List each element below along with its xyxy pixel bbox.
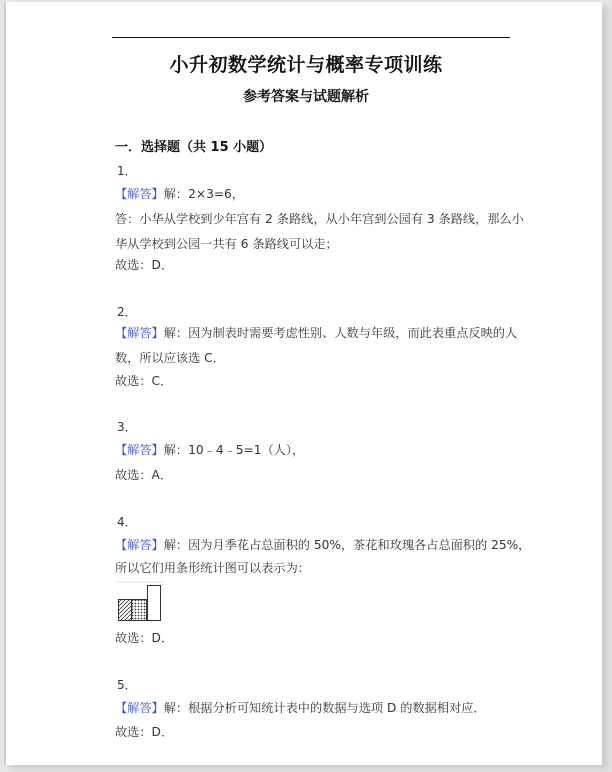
choice-line: 故选：D． <box>115 723 173 740</box>
bar-chart-figure <box>116 581 166 623</box>
bar-camellia <box>119 600 132 621</box>
solution-line: 数，所以应该选 C． <box>115 349 225 366</box>
answer-tag: 【解答】 <box>115 187 164 201</box>
choice-line: 故选：D． <box>115 629 173 646</box>
section-heading: 一．选择题（共 15 小题） <box>115 136 272 155</box>
answer-tag: 【解答】 <box>115 701 164 715</box>
document-subtitle: 参考答案与试题解析 <box>0 86 612 106</box>
solution-line: 答：小华从学校到少年宫有 2 条路线，从小年宫到公园有 3 条路线，那么小 <box>115 210 524 227</box>
question-number: 5． <box>117 676 137 693</box>
document-title: 小升初数学统计与概率专项训练 <box>0 50 612 77</box>
answer-tag: 【解答】 <box>115 538 164 552</box>
choice-line: 故选：A． <box>115 466 172 483</box>
header-rule <box>112 37 510 38</box>
solution-line: 【解答】解：因为制表时需要考虑性别、人数与年级，而此表重点反映的人 <box>115 324 517 341</box>
answer-tag: 【解答】 <box>115 443 164 457</box>
choice-line: 故选：D． <box>115 256 173 273</box>
solution-line: 【解答】解：10﹣4﹣5=1（人）， <box>115 441 304 458</box>
question-number: 1． <box>117 162 137 179</box>
bar-rose <box>132 600 147 621</box>
choice-line: 故选：C． <box>115 372 172 389</box>
question-number: 4． <box>117 513 137 530</box>
solution-line: 【解答】解：根据分析可知统计表中的数据与选项 D 的数据相对应． <box>115 699 486 716</box>
solution-line: 【解答】解：因为月季花占总面积的 50%，茶花和玫瑰各占总面积的 25%， <box>115 536 530 553</box>
solution-line: 华从学校到公园一共有 6 条路线可以走； <box>115 235 338 252</box>
bar-chinese-rose <box>148 586 161 621</box>
solution-line: 【解答】解：2×3=6， <box>115 185 244 202</box>
question-number: 3． <box>117 418 137 435</box>
solution-line: 所以它们用条形统计图可以表示为： <box>115 559 310 576</box>
answer-tag: 【解答】 <box>115 326 164 340</box>
question-number: 2． <box>117 303 137 320</box>
document-page <box>4 2 602 765</box>
